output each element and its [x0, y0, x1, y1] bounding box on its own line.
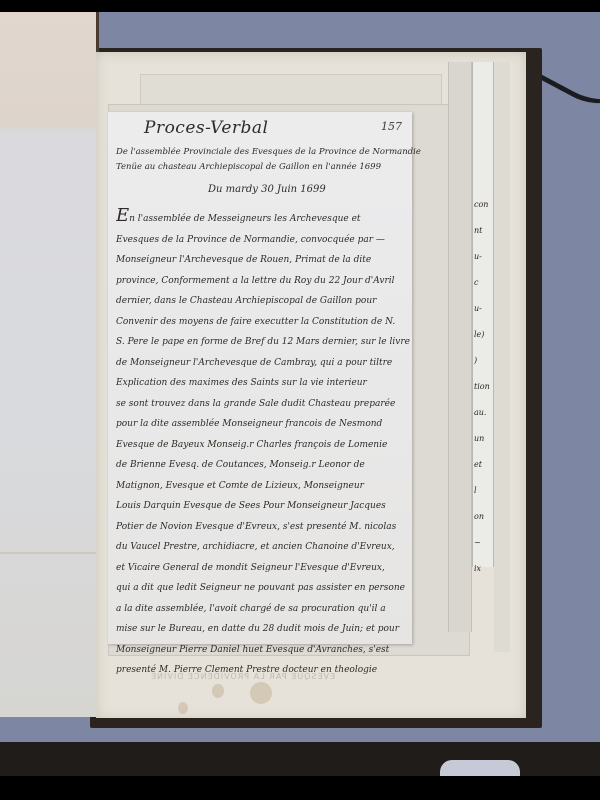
- cloth: [440, 760, 520, 776]
- text-line: pour la dite assemblée Monseigneur franc…: [116, 414, 412, 435]
- binding-bottom-edge: [96, 718, 536, 726]
- strip-fragment: ix: [474, 556, 494, 582]
- text-line: Explication des maximes des Saints sur l…: [116, 373, 412, 394]
- strip-fragment: le): [474, 322, 494, 348]
- text-line: En l'assemblée de Messeigneurs les Arche…: [116, 206, 412, 230]
- text-line: Evesques de la Province de Normandie, co…: [116, 230, 412, 251]
- text-line: Evesque de Bayeux Monseig.r Charles fran…: [116, 435, 412, 456]
- text-line: de Monseigneur l'Archevesque de Cambray,…: [116, 353, 412, 374]
- strip-fragment: tion: [474, 374, 494, 400]
- strip-fragment: con: [474, 192, 494, 218]
- photo-frame: con nt u- c u- le) ) tion au. un et l on…: [0, 12, 600, 776]
- text-line: presenté M. Pierre Clement Prestre docte…: [116, 660, 412, 681]
- text-line: Convenir des moyens de faire executter l…: [116, 312, 412, 333]
- strip-fragment: on: [474, 504, 494, 530]
- left-page-fold: [0, 552, 96, 554]
- strip-fragment: ~: [474, 530, 494, 556]
- date-line: Du mardy 30 Juin 1699: [208, 184, 326, 195]
- text-line: du Vaucel Prestre, archidiacre, et ancie…: [116, 537, 412, 558]
- subtitle-line: De l'assemblée Provinciale des Evesques …: [116, 147, 416, 157]
- folio-number: 157: [381, 120, 402, 133]
- text-line: de Brienne Evesq. de Coutances, Monseig.…: [116, 455, 412, 476]
- text-line: Matignon, Evesque et Comte de Lizieux, M…: [116, 476, 412, 497]
- text-line: a la dite assemblée, l'avoit chargé de s…: [116, 599, 412, 620]
- manuscript-body: En l'assemblée de Messeigneurs les Arche…: [116, 206, 412, 681]
- strip-fragment: u-: [474, 296, 494, 322]
- strip-fragment: nt: [474, 218, 494, 244]
- strip-fragment: et: [474, 452, 494, 478]
- text-line: dernier, dans le Chasteau Archiepiscopal…: [116, 291, 412, 312]
- strip-fragment: l: [474, 478, 494, 504]
- text-line: Louis Darquin Evesque de Sees Pour Monse…: [116, 496, 412, 517]
- subtitle-line: Tenüe au chasteau Archiepiscopal de Gail…: [116, 162, 416, 172]
- manuscript-sheet: Proces-Verbal 157 De l'assemblée Provinc…: [108, 112, 412, 644]
- text-line: S. Pere le pape en forme de Bref du 12 M…: [116, 332, 412, 353]
- left-page: [0, 12, 99, 717]
- guard-strip-outer: [494, 62, 510, 652]
- strip-fragment: u-: [474, 244, 494, 270]
- strip-fragment: au.: [474, 400, 494, 426]
- text-line: Monseigneur l'Archevesque de Rouen, Prim…: [116, 250, 412, 271]
- text-line: Potier de Novion Evesque d'Evreux, s'est…: [116, 517, 412, 538]
- text-line: province, Conformement a la lettre du Ro…: [116, 271, 412, 292]
- strip-fragment: un: [474, 426, 494, 452]
- text-line: Monseigneur Pierre Daniel huet Evesque d…: [116, 640, 412, 661]
- strip-fragment: ): [474, 348, 494, 374]
- strip-fragment: c: [474, 270, 494, 296]
- document-title: Proces-Verbal: [144, 118, 268, 138]
- text-line: mise sur le Bureau, en datte du 28 dudit…: [116, 619, 412, 640]
- strip-fragments: con nt u- c u- le) ) tion au. un et l on…: [474, 192, 494, 582]
- guard-strip: [448, 62, 472, 632]
- paper-damage: [178, 702, 188, 714]
- text-line: qui a dit que ledit Seigneur ne pouvant …: [116, 578, 412, 599]
- text-line: se sont trouvez dans la grande Sale dudi…: [116, 394, 412, 415]
- text-line: et Vicaire General de mondit Seigneur l'…: [116, 558, 412, 579]
- paper-damage: [212, 684, 224, 698]
- paper-damage: [250, 682, 272, 704]
